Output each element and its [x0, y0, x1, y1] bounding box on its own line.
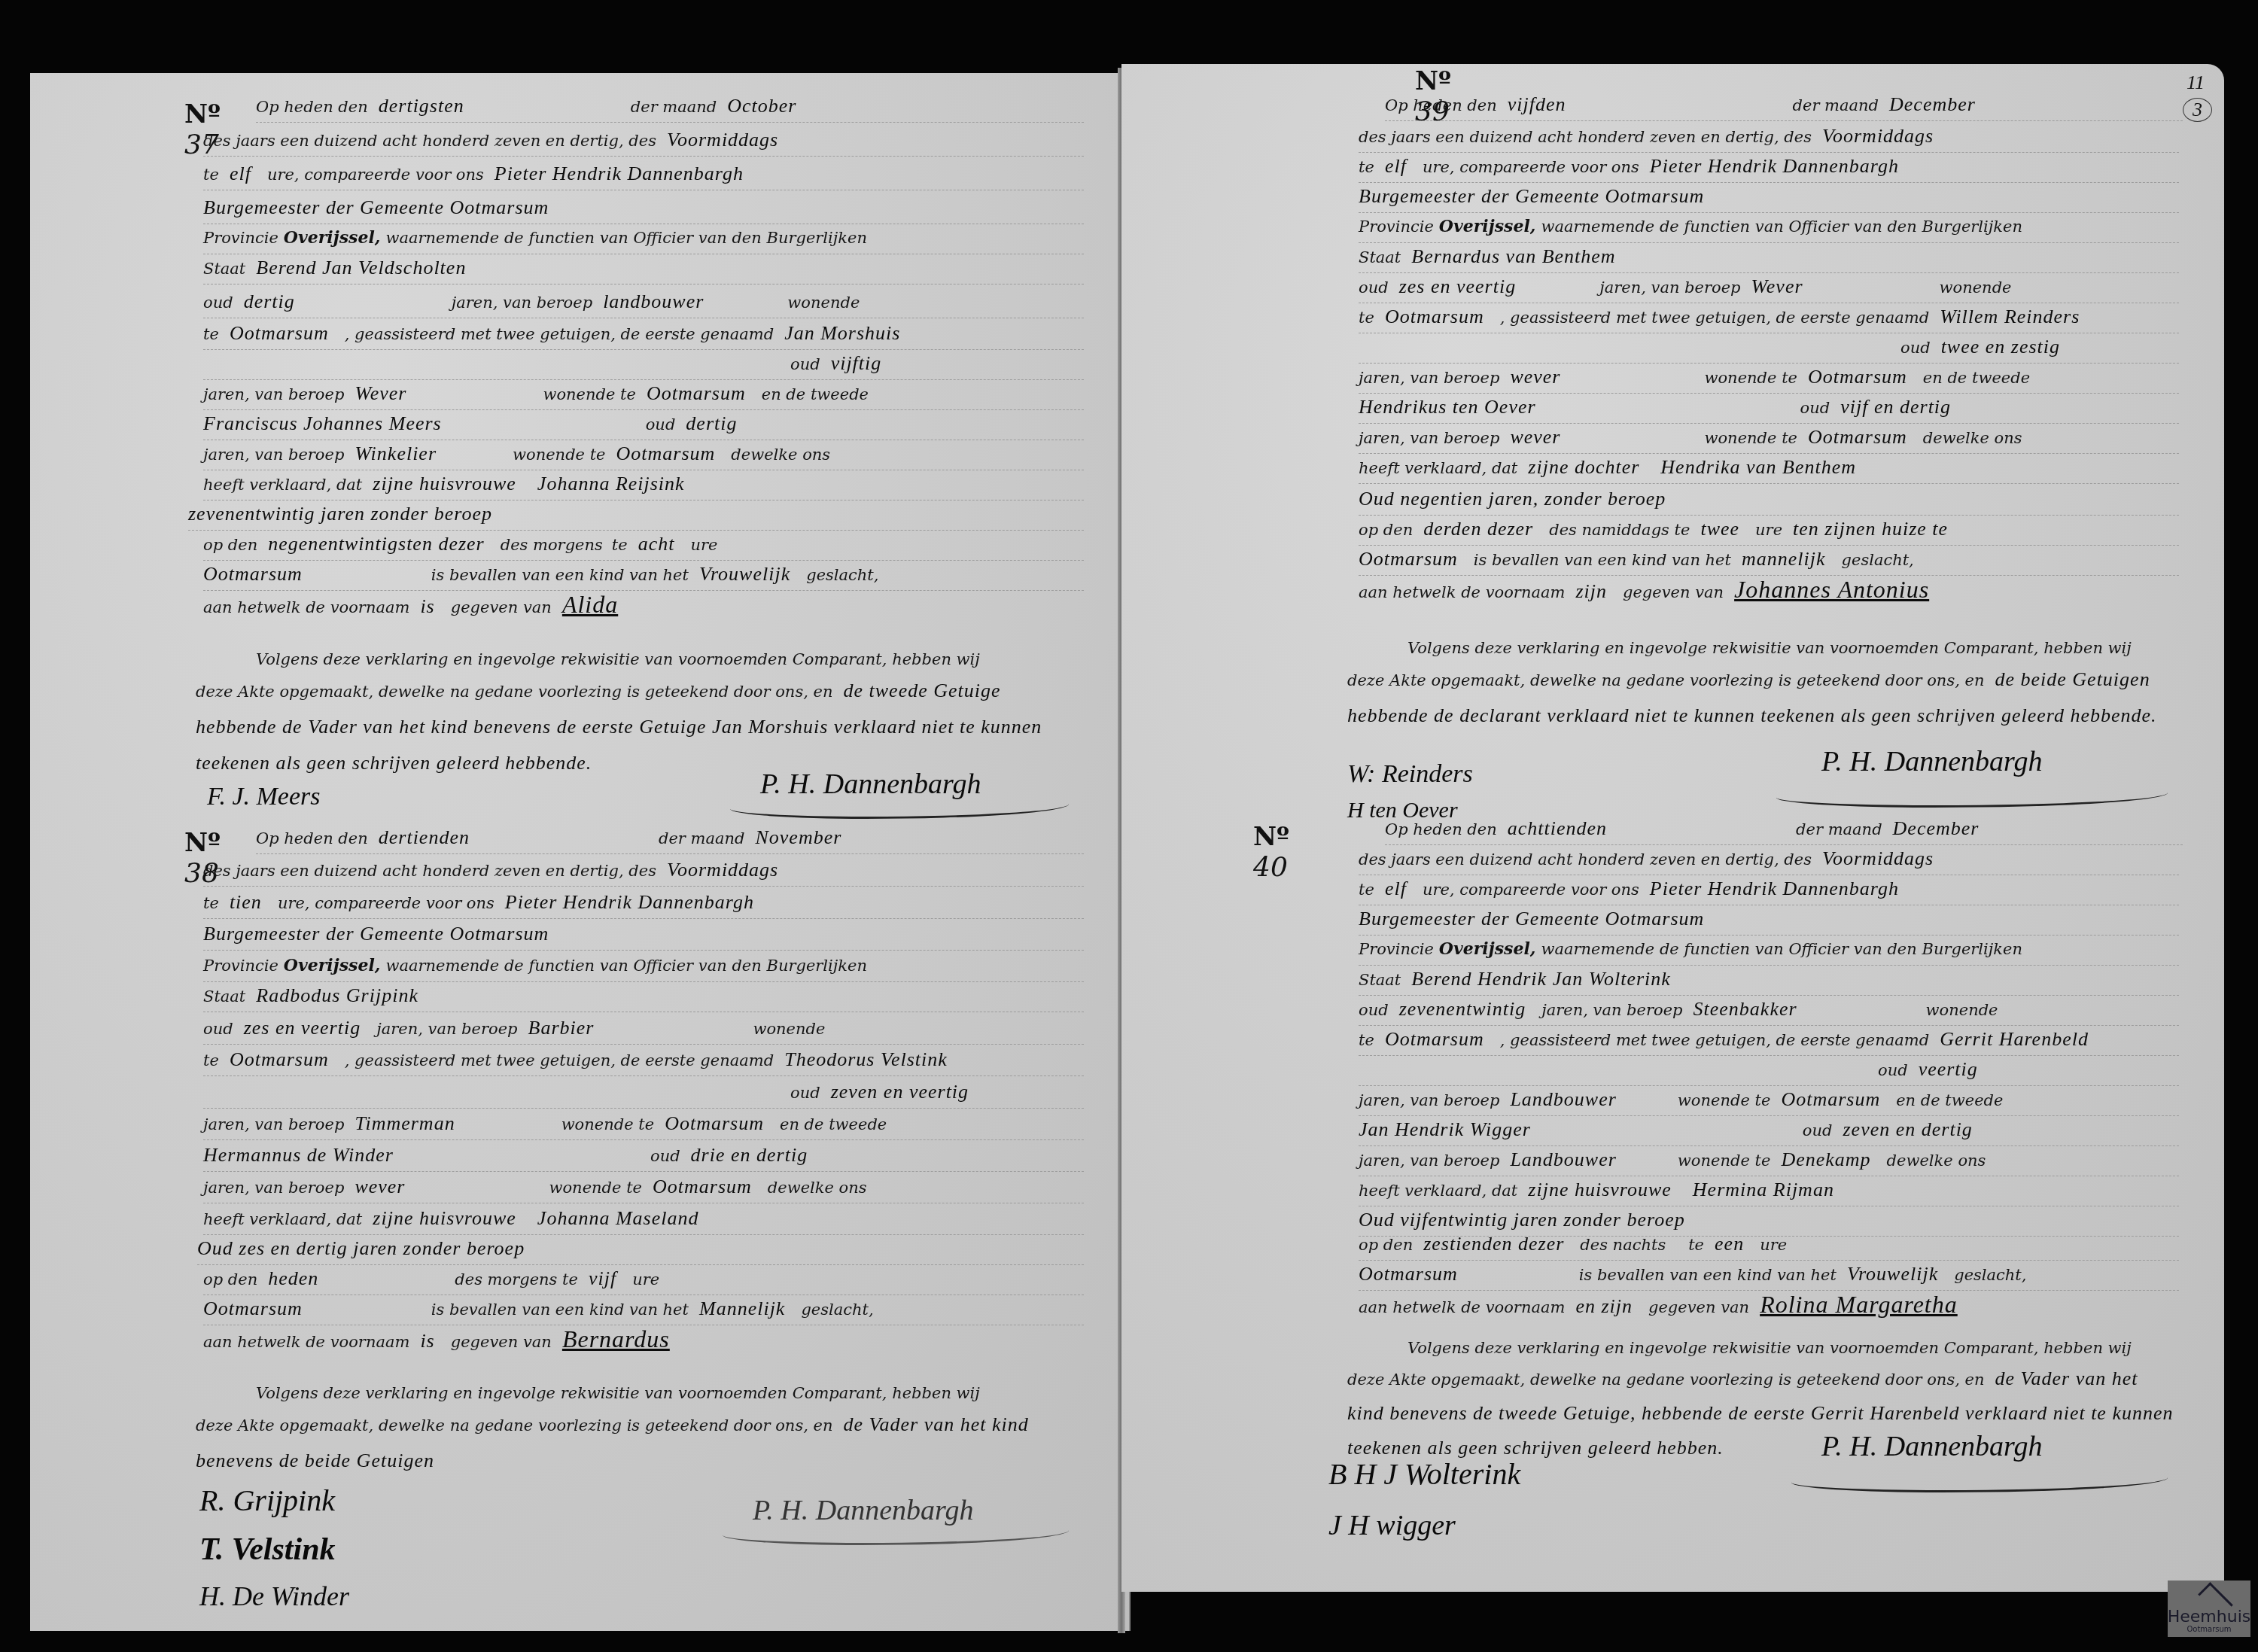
line-witness1-occupation: jaren, van beroepwever wonende teOotmars… — [1359, 361, 2179, 394]
line-mother-age: Oud negentien jaren, zonder beroep — [1359, 483, 2179, 516]
watermark-name: Heemhuis — [2168, 1609, 2251, 1626]
line-witness1: teOotmarsum , geassisteerd met twee getu… — [1359, 301, 2179, 333]
line-date: Op heden dendertienden der maandNovember — [256, 822, 1084, 854]
witness-signature: W: Reinders — [1347, 760, 1473, 789]
line-birth-date: op denheden des morgens tevijf ure — [203, 1263, 1084, 1295]
line-date: Op heden denvijfden der maandDecember — [1385, 89, 2183, 121]
line-date: Op heden denachttienden der maandDecembe… — [1385, 813, 2183, 845]
line-witness1-occupation: jaren, van beroepLandbouwer wonende teOo… — [1359, 1084, 2179, 1116]
archive-watermark: Heemhuis Ootmarsum — [2168, 1581, 2250, 1637]
line-birth-place: Ootmarsum is bevallen van een kind van h… — [203, 1293, 1084, 1325]
closing-handwritten: deze Akte opgemaakt, dewelke na gedane v… — [196, 674, 1084, 782]
closing-handwritten: deze Akte opgemaakt, dewelke na gedane v… — [1347, 1362, 2175, 1466]
line-witness1-age: oudvijftig — [203, 348, 1084, 380]
line-witness2-occupation: jaren, van beroepLandbouwer wonende teDe… — [1359, 1144, 2179, 1176]
line-official-title: Burgemeester der Gemeente Ootmarsum — [203, 192, 1084, 224]
closing-handwritten: deze Akte opgemaakt, dewelke na gedane v… — [1347, 662, 2175, 735]
witness-signature: B H J Wolterink — [1328, 1456, 1520, 1492]
line-witness1: teOotmarsum , geassisteerd met twee getu… — [1359, 1024, 2179, 1056]
closing-printed-1: Volgens deze verklaring en ingevolge rek… — [1347, 1332, 2175, 1364]
line-child-name: aan hetwelk de voornaamen zijn gegeven v… — [1359, 1288, 2179, 1320]
line-year: des jaars een duizend acht honderd zeven… — [203, 124, 1084, 157]
line-declarant-age: ouddertig jaren, van beroeplandbouwer wo… — [203, 286, 1084, 318]
line-mother: heeft verklaard, datzijne huisvrouweHerm… — [1359, 1174, 2179, 1206]
line-declarant: StaatBernardus van Benthem — [1359, 241, 2179, 273]
line-province: Provincie Overijssel, waarnemende de fun… — [203, 222, 1084, 254]
line-year: des jaars een duizend acht honderd zeven… — [1359, 120, 2179, 153]
watermark-subtitle: Ootmarsum — [2186, 1626, 2231, 1634]
line-witness1-occupation: jaren, van beroepWever wonende teOotmars… — [203, 378, 1084, 410]
line-witness2-occupation: jaren, van beroepWinkelier wonende teOot… — [203, 438, 1084, 470]
line-declarant: StaatBerend Jan Veldscholten — [203, 252, 1084, 284]
line-birth-date: op dennegenentwintigsten dezer des morge… — [203, 528, 1084, 561]
line-official: tetien ure, compareerde voor onsPieter H… — [203, 887, 1084, 919]
line-official-title: Burgemeester der Gemeente Ootmarsum — [1359, 181, 2179, 213]
official-signature: P. H. Dannenbargh — [1821, 1430, 2042, 1463]
line-province: Provincie Overijssel, waarnemende de fun… — [1359, 211, 2179, 243]
line-mother: heeft verklaard, datzijne huisvrouweJoha… — [203, 468, 1084, 500]
line-witness1-age: oudveertig — [1359, 1054, 2179, 1086]
child-name: Bernardus — [562, 1325, 670, 1352]
line-child-name: aan hetwelk de voornaamis gegeven vanAli… — [203, 589, 1084, 620]
line-birth-date: op denderden dezer des namiddags tetwee … — [1359, 513, 2179, 546]
line-official-title: Burgemeester der Gemeente Ootmarsum — [203, 918, 1084, 951]
line-date: Op heden dendertigsten der maandOctober — [256, 90, 1084, 123]
closing-handwritten: deze Akte opgemaakt, dewelke na gedane v… — [196, 1407, 1084, 1480]
line-year: des jaars een duizend acht honderd zeven… — [1359, 843, 2179, 875]
closing-printed-1: Volgens deze verklaring en ingevolge rek… — [196, 643, 1084, 675]
line-witness2-occupation: jaren, van beroepwever wonende teOotmars… — [1359, 421, 2179, 454]
folio-circled-mark: 3 — [2183, 98, 2212, 122]
line-official-title: Burgemeester der Gemeente Ootmarsum — [1359, 903, 2179, 936]
line-child-name: aan hetwelk de voornaamzijn gegeven vanJ… — [1359, 573, 2179, 605]
line-year: des jaars een duizend acht honderd zeven… — [203, 854, 1084, 887]
child-name: Johannes Antonius — [1734, 576, 1929, 603]
line-declarant: StaatRadbodus Grijpink — [203, 980, 1084, 1012]
line-declarant: StaatBerend Hendrik Jan Wolterink — [1359, 963, 2179, 996]
witness-signature: R. Grijpink — [199, 1483, 335, 1518]
line-province: Provincie Overijssel, waarnemende de fun… — [203, 950, 1084, 982]
witness-signature: J H wigger — [1328, 1509, 1456, 1542]
line-mother: heeft verklaard, datzijne huisvrouweJoha… — [203, 1203, 1084, 1235]
line-official: teelf ure, compareerde voor onsPieter He… — [1359, 151, 2179, 183]
line-witness1: teOotmarsum , geassisteerd met twee getu… — [203, 318, 1084, 350]
line-birth-date: op denzestienden dezer des nachtsteeen u… — [1359, 1228, 2179, 1261]
line-child-name: aan hetwelk de voornaamis gegeven vanBer… — [203, 1323, 1084, 1355]
line-birth-place: Ootmarsum is bevallen van een kind van h… — [1359, 1258, 2179, 1291]
official-signature: P. H. Dannenbargh — [1821, 745, 2042, 778]
line-official: teelf ure, compareerde voor onsPieter He… — [1359, 873, 2179, 905]
line-witness1-occupation: jaren, van beroepTimmerman wonende teOot… — [203, 1108, 1084, 1140]
line-mother-age: Oud zes en dertig jaren zonder beroep — [197, 1233, 1084, 1265]
line-official: teelf ure, compareerde voor onsPieter He… — [203, 158, 1084, 190]
line-mother-age: zevenentwintig jaren zonder beroep — [188, 498, 1084, 531]
line-province: Provincie Overijssel, waarnemende de fun… — [1359, 933, 2179, 966]
line-witness2-occupation: jaren, van beroepwever wonende teOotmars… — [203, 1171, 1084, 1203]
line-witness2: Hendrikus ten Oever oudvijf en dertig — [1359, 391, 2179, 424]
child-name: Rolina Margaretha — [1760, 1291, 1958, 1318]
folio-number: 11 — [2186, 71, 2205, 94]
child-name: Alida — [562, 591, 618, 618]
witness-signature: H. De Winder — [199, 1581, 349, 1612]
line-declarant-age: oudzes en veertig jaren, van beroepWever… — [1359, 271, 2179, 303]
closing-printed-1: Volgens deze verklaring en ingevolge rek… — [196, 1377, 1084, 1409]
line-witness1-age: oudtwee en zestig — [1359, 331, 2179, 364]
record-number: Nº 40 — [1253, 822, 1289, 883]
witness-signature: F. J. Meers — [207, 783, 320, 811]
line-witness1: teOotmarsum , geassisteerd met twee getu… — [203, 1044, 1084, 1076]
line-witness2: Jan Hendrik Wigger oudzeven en dertig — [1359, 1114, 2179, 1146]
line-witness2: Hermannus de Winder ouddrie en dertig — [203, 1139, 1084, 1172]
line-declarant-age: oudzes en veertig jaren, van beroepBarbi… — [203, 1012, 1084, 1045]
closing-printed-1: Volgens deze verklaring en ingevolge rek… — [1347, 632, 2175, 664]
line-witness1-age: oudzeven en veertig — [203, 1076, 1084, 1109]
line-mother: heeft verklaard, datzijne dochterHendrik… — [1359, 452, 2179, 484]
line-birth-place: Ootmarsum is bevallen van een kind van h… — [203, 558, 1084, 591]
line-birth-place: Ootmarsum is bevallen van een kind van h… — [1359, 543, 2179, 576]
line-witness2: Franciscus Johannes Meers ouddertig — [203, 408, 1084, 440]
witness-signature: T. Velstink — [199, 1532, 336, 1568]
line-declarant-age: oudzevenentwintig jaren, van beroepSteen… — [1359, 993, 2179, 1026]
